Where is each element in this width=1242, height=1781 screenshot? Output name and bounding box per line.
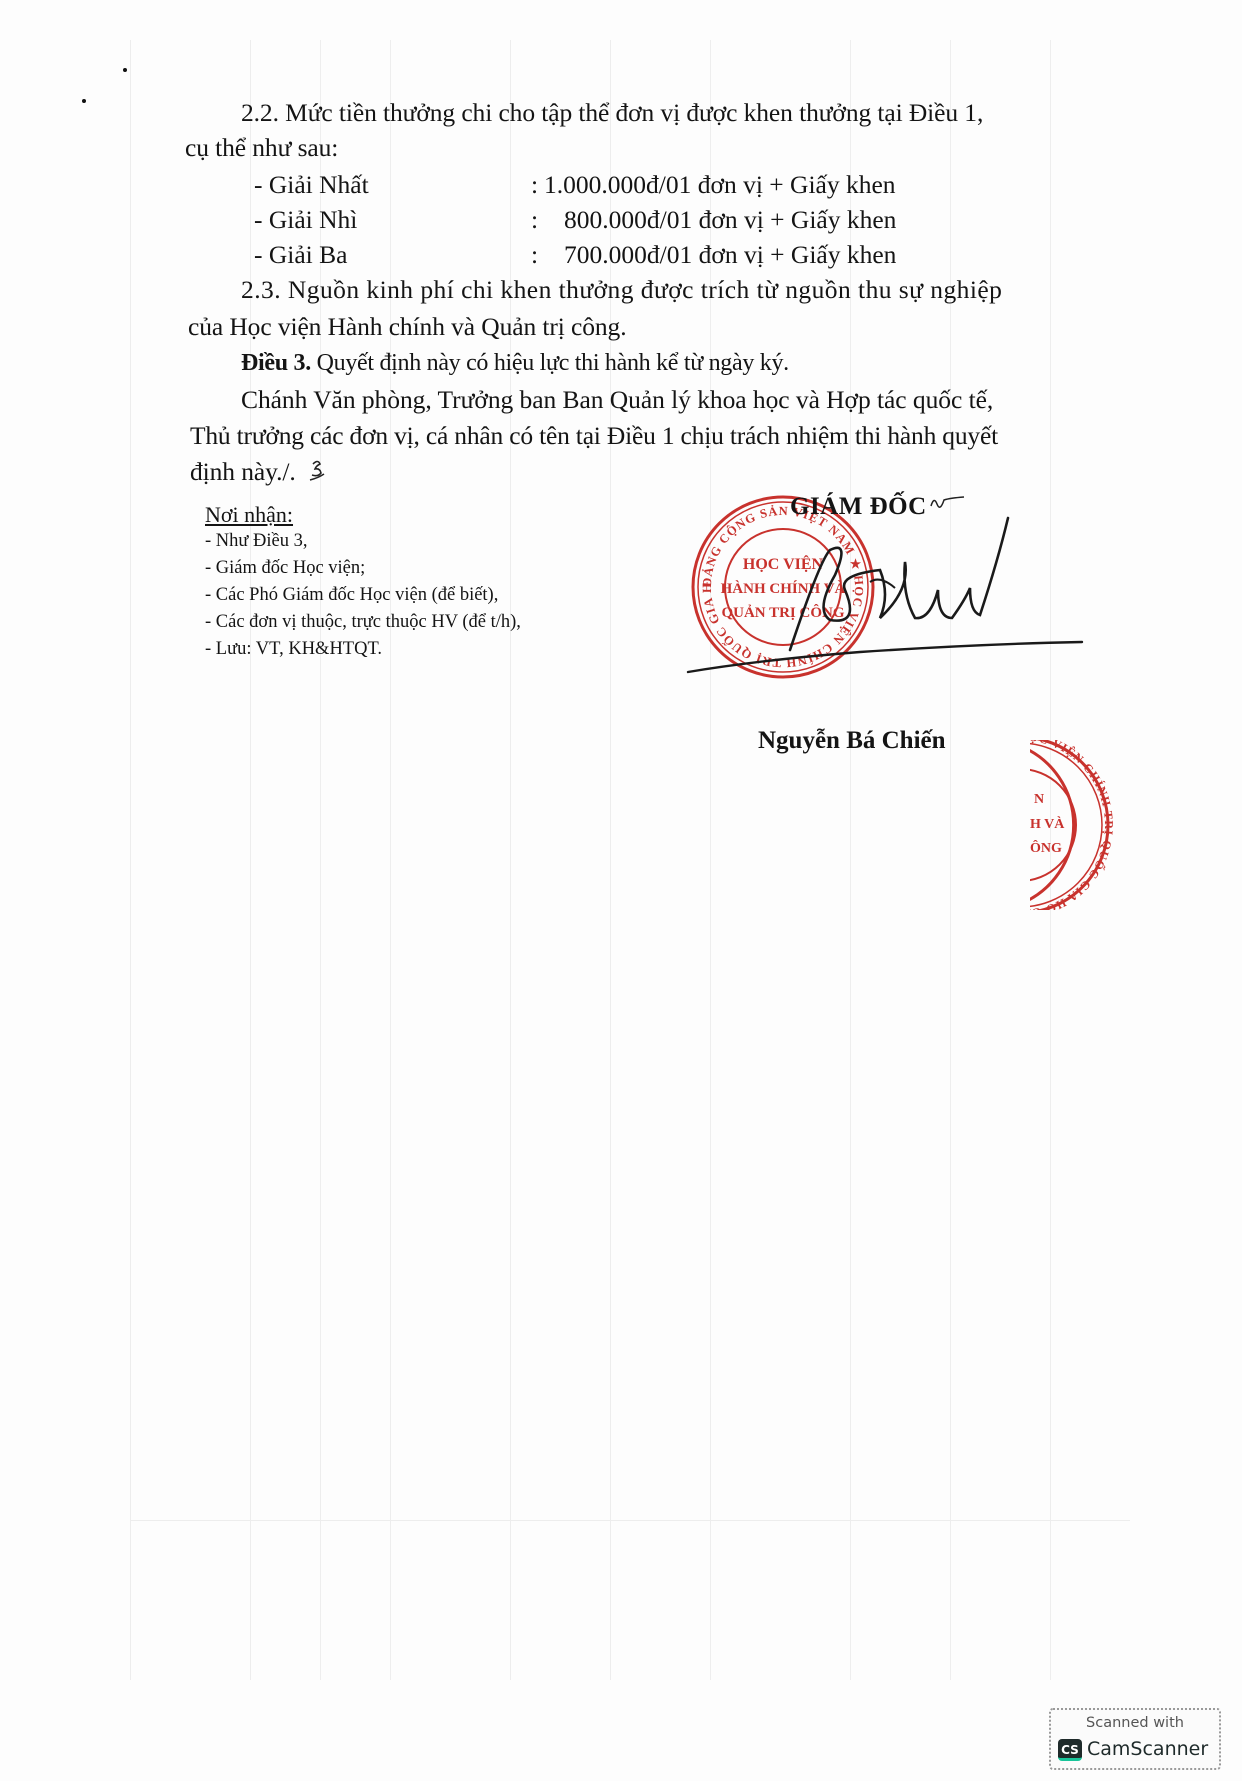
prize-second-amount: 800.000đ/01 đơn vị + Giấy khen [564, 205, 896, 235]
prize-second-label: - Giải Nhì [254, 205, 357, 235]
recipient-item: - Các đơn vị thuộc, trực thuộc HV (để t/… [205, 611, 521, 633]
execution-line3: định này./. [190, 457, 330, 487]
section-2-3-line1: 2.3. Nguồn kinh phí chi khen thưởng được… [241, 275, 1002, 305]
signer-name: Nguyễn Bá Chiến [758, 727, 946, 755]
recipient-item: - Lưu: VT, KH&HTQT. [205, 638, 382, 660]
recipient-item: - Các Phó Giám đốc Học viện (để biết), [205, 584, 498, 606]
article-3-text: Quyết định này có hiệu lực thi hành kể t… [311, 350, 789, 376]
partial-seal-fragment: N [1034, 792, 1044, 807]
prize-third-amount: 700.000đ/01 đơn vị + Giấy khen [564, 240, 896, 270]
execution-line2: Thủ trưởng các đơn vị, cá nhân có tên tạ… [190, 421, 998, 451]
section-2-3-line2: của Học viện Hành chính và Quản trị công… [188, 312, 626, 342]
camscanner-logo-icon: CS [1058, 1739, 1082, 1761]
article-3: Điều 3. Quyết định này có hiệu lực thi h… [241, 348, 789, 378]
prize-first-colon: : [531, 170, 538, 200]
partial-seal-icon: VIỆT NAM ★ HỌC VIỆN CHÍNH TRỊ QUỐC GIA H… [1030, 740, 1140, 910]
prize-second-colon: : [531, 205, 538, 235]
document-page: 2.2. Mức tiền thưởng chi cho tập thể đơn… [0, 0, 1242, 1781]
article-3-label: Điều 3. [241, 350, 311, 376]
handwritten-signature-icon [680, 500, 1100, 690]
section-2-2-line2: cụ thể như sau: [185, 133, 338, 163]
camscanner-watermark: Scanned with CS CamScanner [1049, 1708, 1221, 1770]
partial-seal-fragment: H VÀ [1030, 815, 1065, 832]
execution-line1: Chánh Văn phòng, Trưởng ban Ban Quản lý … [241, 385, 993, 415]
section-2-2-line1: 2.2. Mức tiền thưởng chi cho tập thể đơn… [241, 98, 983, 128]
recipients-title: Nơi nhận: [205, 502, 293, 528]
initial-mark-icon [306, 458, 330, 484]
scan-speck [123, 68, 127, 72]
recipient-item: - Giám đốc Học viện; [205, 557, 365, 579]
watermark-caption: Scanned with [1051, 1715, 1219, 1731]
prize-third-label: - Giải Ba [254, 240, 347, 270]
watermark-brand: CamScanner [1087, 1738, 1208, 1760]
prize-first-label: - Giải Nhất [254, 170, 369, 200]
recipient-item: - Như Điều 3, [205, 530, 308, 552]
execution-line3-text: định này./. [190, 457, 296, 486]
prize-third-colon: : [531, 240, 538, 270]
partial-seal-fragment: ÔNG [1030, 839, 1062, 856]
scan-speck [82, 99, 86, 103]
prize-first-amount: 1.000.000đ/01 đơn vị + Giấy khen [544, 170, 896, 200]
